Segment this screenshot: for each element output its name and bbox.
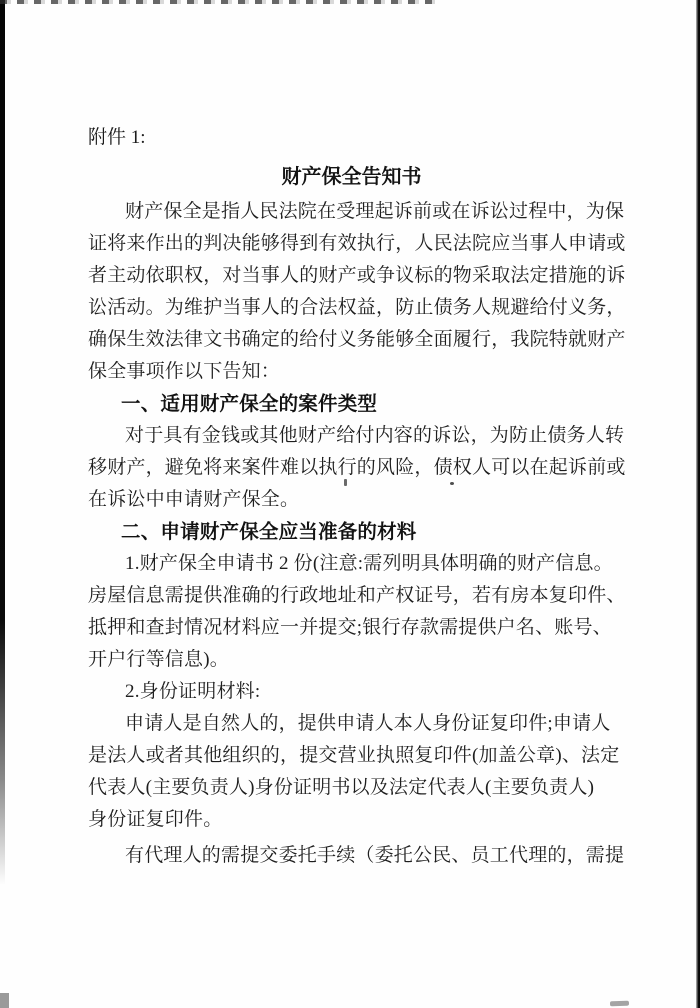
body-line: 者主动依职权，对当事人的财产或争议标的物采取法定措施的诉 — [88, 260, 618, 292]
body-line: 在诉讼中申请财产保全。 — [88, 484, 618, 516]
body-line: 2.身份证明材料: — [88, 676, 618, 708]
body-line: 是法人或者其他组织的，提交营业执照复印件(加盖公章)、法定 — [88, 740, 618, 772]
body-line: 对于具有金钱或其他财产给付内容的诉讼，为防止债务人转 — [88, 420, 618, 452]
body-line: 证将来作出的判决能够得到有效执行，人民法院应当事人申请或 — [88, 228, 618, 260]
document-title: 财产保全告知书 — [88, 160, 615, 192]
scan-edge-left — [0, 0, 5, 885]
body-line: 1.财产保全申请书 2 份(注意:需列明具体明确的财产信息。 — [88, 548, 618, 580]
scan-edge-right — [696, 0, 700, 1008]
body-line: 确保生效法律文书确定的给付义务能够全面履行，我院特就财产 — [88, 324, 618, 356]
body-line: 房屋信息需提供准确的行政地址和产权证号，若有房本复印件、 — [88, 580, 618, 612]
scan-mark-bottom-left — [0, 993, 9, 1008]
scan-smudge-bottom-right — [610, 1001, 629, 1007]
body-line: 财产保全是指人民法院在受理起诉前或在诉讼过程中，为保 — [88, 196, 618, 228]
scanned-document-page: 附件 1: 财产保全告知书 财产保全是指人民法院在受理起诉前或在诉讼过程中，为保… — [0, 0, 700, 1008]
body-line: 移财产，避免将来案件难以执行的风险，债权人可以在起诉前或 — [88, 452, 618, 484]
document-body: 财产保全是指人民法院在受理起诉前或在诉讼过程中，为保 证将来作出的判决能够得到有… — [88, 196, 618, 872]
body-line: 代表人(主要负责人)身份证明书以及法定代表人(主要负责人) — [88, 772, 618, 804]
body-line: 讼活动。为维护当事人的合法权益，防止债务人规避给付义务， — [88, 292, 618, 324]
body-line: 有代理人的需提交委托手续（委托公民、员工代理的，需提 — [88, 840, 618, 872]
body-line: 申请人是自然人的，提供申请人本人身份证复印件;申请人 — [88, 708, 618, 740]
scan-noise-top — [0, 0, 435, 4]
attachment-label: 附件 1: — [88, 122, 146, 154]
body-line: 身份证复印件。 — [88, 804, 618, 836]
body-line: 抵押和查封情况材料应一并提交;银行存款需提供户名、账号、 — [88, 612, 618, 644]
section-heading-1: 一、适用财产保全的案件类型 — [88, 388, 618, 420]
section-heading-2: 二、申请财产保全应当准备的材料 — [88, 516, 618, 548]
body-line: 开户行等信息)。 — [88, 644, 618, 676]
body-line: 保全事项作以下告知： — [88, 356, 618, 388]
